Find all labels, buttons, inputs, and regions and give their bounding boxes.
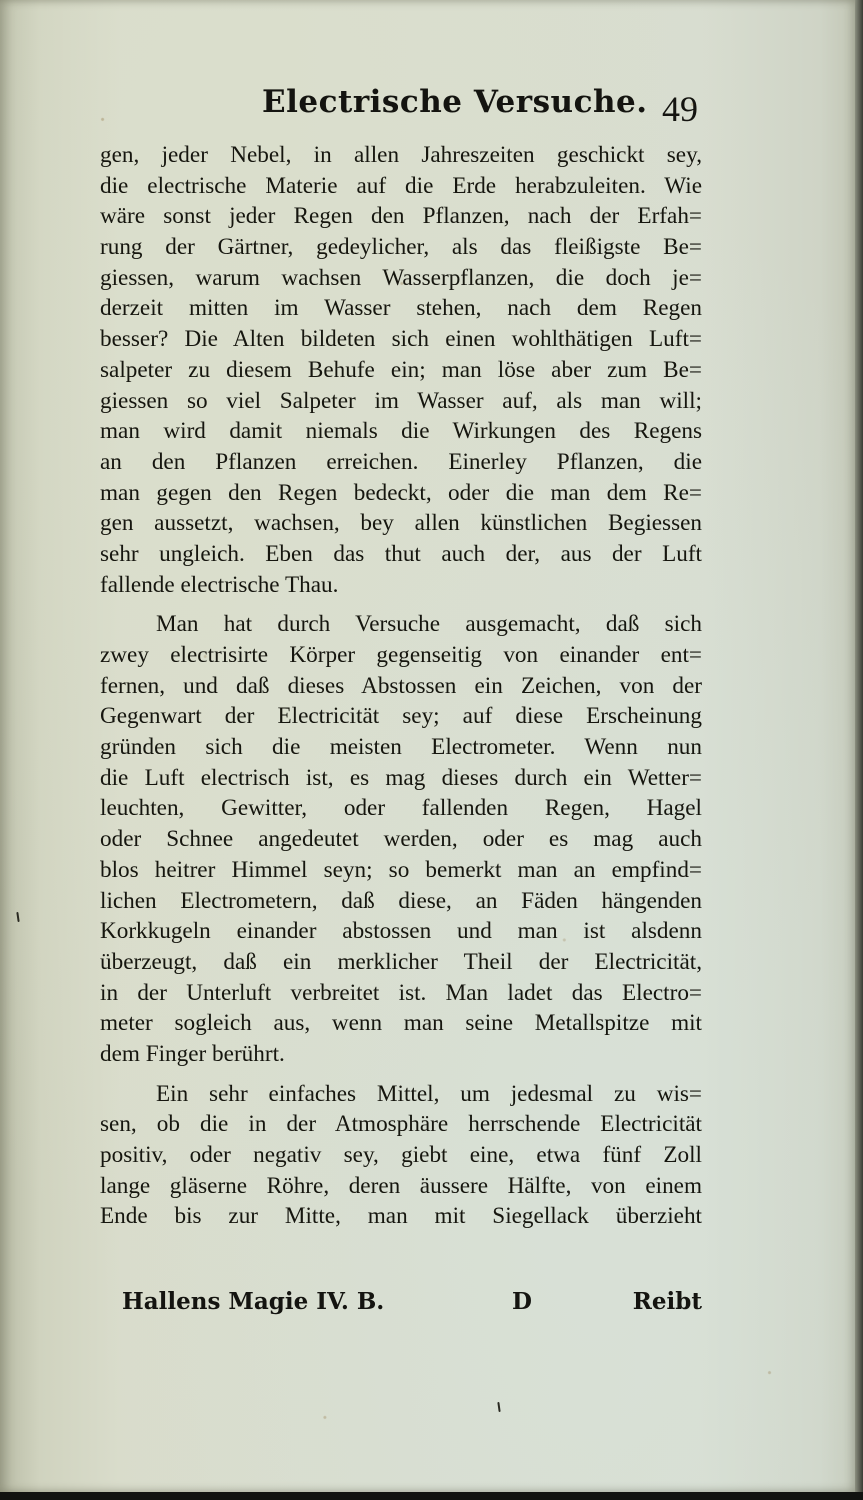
paragraph-2: Man hat durch Versuche ausgemacht, daß s… bbox=[100, 609, 702, 1069]
text-line: an den Pflanzen erreichen. Einerley Pfla… bbox=[100, 447, 702, 478]
catchword: Reibt bbox=[633, 1288, 702, 1315]
text-line: leuchten, Gewitter, oder fallenden Regen… bbox=[100, 793, 702, 824]
text-line: besser? Die Alten bildeten sich einen wo… bbox=[100, 324, 702, 355]
text-line: salpeter zu diesem Behufe ein; man löse … bbox=[100, 355, 702, 386]
text-line: man gegen den Regen bedeckt, oder die ma… bbox=[100, 478, 702, 509]
page-edge-right bbox=[855, 0, 863, 1500]
paragraph-3: Ein sehr einfaches Mittel, um jedesmal z… bbox=[100, 1079, 702, 1232]
text-line: blos heitrer Himmel seyn; so bemerkt man… bbox=[100, 855, 702, 886]
text-line: dem Finger berührt. bbox=[100, 1039, 702, 1070]
page-footer: Hallens Magie IV. B. D Reibt bbox=[100, 1288, 702, 1324]
text-line: Gegenwart der Electricität sey; auf dies… bbox=[100, 701, 702, 732]
page-header: Electrische Versuche. 49 bbox=[0, 84, 855, 132]
text-line: sehr ungleich. Eben das thut auch der, a… bbox=[100, 539, 702, 570]
text-line: lichen Electrometern, daß diese, an Fäde… bbox=[100, 886, 702, 917]
text-line: Ende bis zur Mitte, man mit Siegellack ü… bbox=[100, 1201, 702, 1232]
text-line: oder Schnee angedeutet werden, oder es m… bbox=[100, 824, 702, 855]
text-line: die electrische Materie auf die Erde her… bbox=[100, 171, 702, 202]
text-line: Ein sehr einfaches Mittel, um jedesmal z… bbox=[100, 1079, 702, 1110]
signature-mark: D bbox=[512, 1288, 532, 1315]
text-line: derzeit mitten im Wasser stehen, nach de… bbox=[100, 293, 702, 324]
text-line: gen aussetzt, wachsen, bey allen künstli… bbox=[100, 508, 702, 539]
text-line: meter sogleich aus, wenn man seine Metal… bbox=[100, 1008, 702, 1039]
text-line: Korkkugeln einander abstossen und man is… bbox=[100, 916, 702, 947]
text-line: man wird damit niemals die Wirkungen des… bbox=[100, 416, 702, 447]
text-line: in der Unterluft verbreitet ist. Man lad… bbox=[100, 978, 702, 1009]
text-line: giessen, warum wachsen Wasserpflanzen, d… bbox=[100, 263, 702, 294]
text-line: überzeugt, daß ein merklicher Theil der … bbox=[100, 947, 702, 978]
text-line: wäre sonst jeder Regen den Pflanzen, nac… bbox=[100, 201, 702, 232]
text-line: fallende electrische Thau. bbox=[100, 570, 702, 601]
paragraph-1: gen, jeder Nebel, in allen Jahreszeiten … bbox=[100, 140, 702, 600]
text-line: positiv, oder negativ sey, giebt eine, e… bbox=[100, 1140, 702, 1171]
text-line: rung der Gärtner, gedeylicher, als das f… bbox=[100, 232, 702, 263]
text-line: die Luft electrisch ist, es mag dieses d… bbox=[100, 763, 702, 794]
paper-speck bbox=[497, 1402, 500, 1412]
page-edge-bottom bbox=[0, 1492, 863, 1500]
book-page: Electrische Versuche. 49 gen, jeder Nebe… bbox=[0, 0, 855, 1492]
text-line: gen, jeder Nebel, in allen Jahreszeiten … bbox=[100, 140, 702, 171]
text-line: zwey electrisirte Körper gegenseitig von… bbox=[100, 640, 702, 671]
text-line: gründen sich die meisten Electrometer. W… bbox=[100, 732, 702, 763]
text-line: sen, ob die in der Atmosphäre herrschend… bbox=[100, 1109, 702, 1140]
text-line: Man hat durch Versuche ausgemacht, daß s… bbox=[100, 609, 702, 640]
paper-speck bbox=[16, 912, 19, 922]
text-line: lange gläserne Röhre, deren äussere Hälf… bbox=[100, 1171, 702, 1202]
signature-note: Hallens Magie IV. B. bbox=[122, 1288, 384, 1315]
running-title: Electrische Versuche. bbox=[262, 84, 648, 120]
body-text: gen, jeder Nebel, in allen Jahreszeiten … bbox=[100, 140, 702, 1241]
page-number: 49 bbox=[662, 88, 698, 130]
text-line: giessen so viel Salpeter im Wasser auf, … bbox=[100, 386, 702, 417]
text-line: fernen, und daß dieses Abstossen ein Zei… bbox=[100, 671, 702, 702]
